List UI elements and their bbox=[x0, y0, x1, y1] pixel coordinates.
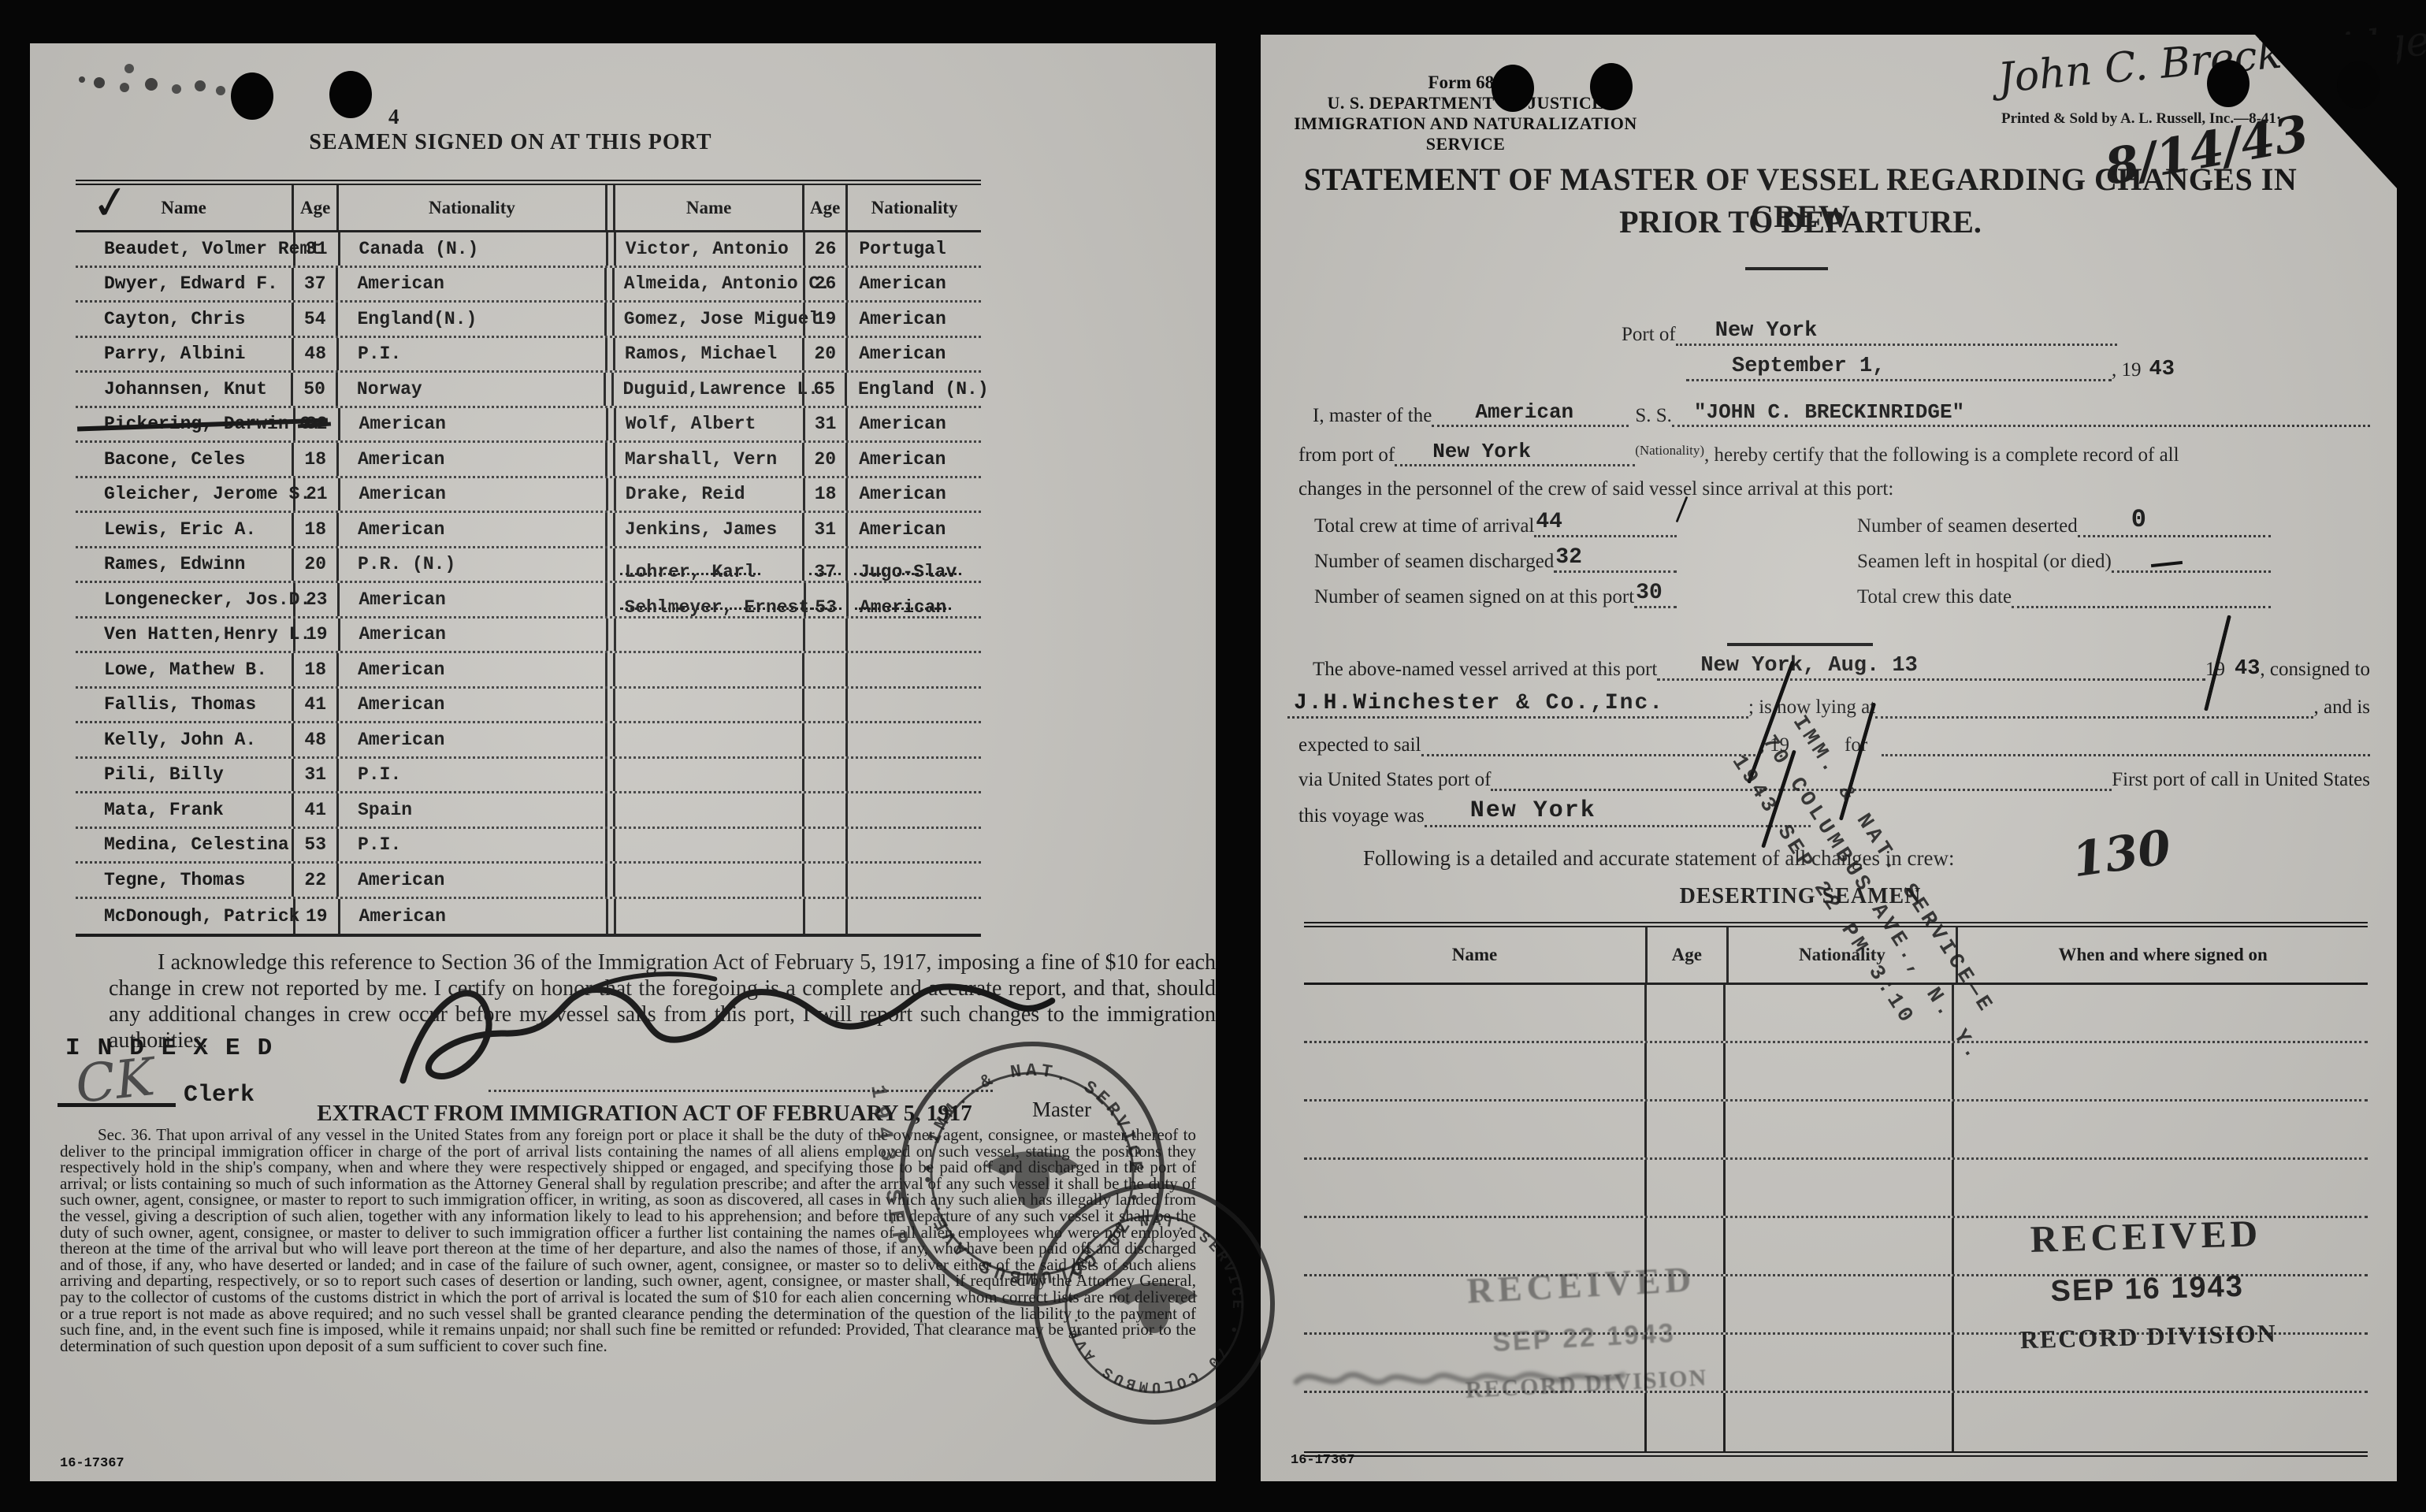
table-cell: P.I. bbox=[339, 829, 607, 862]
punch-hole bbox=[329, 71, 372, 118]
table-cell bbox=[1726, 1101, 1954, 1157]
cell-value: Medina, Celestina bbox=[104, 834, 289, 855]
table-cell: American bbox=[848, 478, 981, 511]
cell-value: American bbox=[358, 519, 444, 540]
table-cell: 18 bbox=[294, 653, 339, 686]
table-row: Lewis, Eric A.18AmericanJenkins, James31… bbox=[76, 513, 981, 548]
cell-value: 48 bbox=[304, 730, 326, 750]
table-cell bbox=[1726, 1393, 1954, 1451]
table-row: Dwyer, Edward F.37AmericanAlmeida, Anton… bbox=[76, 268, 981, 303]
table-row bbox=[1304, 1160, 2368, 1218]
first-port-note: First port of call in United States bbox=[2112, 769, 2370, 791]
cell-value: 41 bbox=[304, 694, 326, 715]
table-cell bbox=[613, 759, 802, 792]
table-row bbox=[1304, 1101, 2368, 1160]
table-cell: Bacone, Celes bbox=[76, 443, 294, 476]
cell-value: American bbox=[859, 309, 946, 329]
table-cell: 20 bbox=[802, 338, 848, 371]
table-cell: P.I. bbox=[339, 759, 607, 792]
table-row: Fallis, Thomas41American bbox=[76, 689, 981, 724]
table-cell: England (N.) bbox=[847, 373, 981, 406]
table-cell: American bbox=[848, 513, 981, 546]
table-cell: American bbox=[848, 408, 981, 441]
table-cell: 18 bbox=[803, 478, 849, 511]
cell-value: American bbox=[859, 414, 946, 434]
table-cell: 23 bbox=[295, 583, 340, 616]
table-cell: 31 bbox=[803, 408, 849, 441]
cell-value: 20 bbox=[304, 554, 326, 574]
cell-value: 32 bbox=[306, 414, 328, 434]
stat-deserted: Number of seamen deserted 0 bbox=[1857, 514, 2271, 537]
arrived-post: , consigned to bbox=[2260, 659, 2370, 681]
deserted-label: Number of seamen deserted bbox=[1857, 515, 2078, 537]
table-cell: Wolf, Albert bbox=[614, 408, 803, 441]
total-label: Total crew this date bbox=[1857, 586, 2012, 608]
year-typed: 43 bbox=[2149, 358, 2175, 381]
cell-value: 18 bbox=[304, 519, 326, 540]
cell-value: American bbox=[860, 597, 946, 618]
changes-text: changes in the personnel of the crew of … bbox=[1298, 478, 1893, 500]
table-cell: 31 bbox=[294, 759, 339, 792]
table-cell: 19 bbox=[295, 619, 340, 652]
cell-value: Dwyer, Edward F. bbox=[104, 273, 278, 294]
deserted-field: 0 bbox=[2078, 514, 2271, 537]
table-row bbox=[1304, 985, 2368, 1043]
table-cell bbox=[614, 899, 803, 934]
table-cell: Gleicher, Jerome S. bbox=[76, 478, 295, 511]
table-cell: American bbox=[340, 408, 608, 441]
table-cell: 48 bbox=[294, 338, 339, 371]
page-title: SEAMEN SIGNED ON AT THIS PORT bbox=[266, 130, 755, 155]
table-cell: Johannsen, Knut bbox=[76, 373, 293, 406]
fromport-label: from port of bbox=[1298, 444, 1395, 466]
cell-value: Lowe, Mathew B. bbox=[104, 659, 267, 680]
table-cell bbox=[613, 793, 802, 827]
table-cell bbox=[1954, 1043, 2365, 1099]
cell-value: P.I. bbox=[358, 834, 401, 855]
cell-value: Lewis, Eric A. bbox=[104, 519, 256, 540]
table-cell: Jugo-Slav bbox=[848, 548, 981, 581]
table-cell: 54 bbox=[294, 303, 339, 336]
cell-value: 26 bbox=[815, 273, 837, 294]
cell-value: 18 bbox=[304, 449, 326, 470]
table-cell bbox=[1304, 1043, 1647, 1099]
punch-hole bbox=[1492, 65, 1534, 112]
table-cell: American bbox=[339, 443, 607, 476]
received-stamp-line: SEP 16 1943 bbox=[1997, 1269, 2298, 1310]
column-header-name: Name bbox=[76, 185, 294, 230]
cell-value: Sehlmeyer, Ernest bbox=[625, 597, 810, 618]
cell-value: Ramos, Michael bbox=[625, 344, 777, 364]
stat-signed: Number of seamen signed on at this port … bbox=[1314, 585, 1677, 608]
cell-value: Wolf, Albert bbox=[626, 414, 756, 434]
date-line: September 1, , 19 43 bbox=[1686, 358, 2175, 381]
table-row: Pickering, Darwin G.32AmericanWolf, Albe… bbox=[76, 408, 981, 444]
cell-value: 26 bbox=[815, 239, 837, 259]
table-cell: P.I. bbox=[339, 338, 607, 371]
table-cell: Norway bbox=[338, 373, 606, 406]
table-cell: Lewis, Eric A. bbox=[76, 513, 294, 546]
table-cell: Duguid,Lawrence L. bbox=[611, 373, 802, 406]
cell-value: Lohrer, Karl bbox=[625, 562, 756, 582]
table-cell bbox=[1726, 1218, 1954, 1274]
cell-value: 18 bbox=[815, 484, 837, 504]
cell-value: 21 bbox=[306, 484, 328, 504]
year-printed: , 19 bbox=[2112, 359, 2142, 381]
table-row: Gleicher, Jerome S.21AmericanDrake, Reid… bbox=[76, 478, 981, 514]
table-cell: 18 bbox=[294, 513, 339, 546]
table-cell bbox=[1726, 1160, 1954, 1216]
table-cell: American bbox=[340, 583, 607, 616]
table-cell bbox=[802, 653, 848, 686]
table-cell bbox=[803, 899, 849, 934]
cell-value: Parry, Albini bbox=[104, 344, 245, 364]
hospital-field bbox=[2112, 549, 2271, 573]
table-cell: Kelly, John A. bbox=[76, 723, 294, 756]
table-cell bbox=[802, 793, 848, 827]
arrived-year-typed: 43 bbox=[2235, 657, 2260, 681]
table-cell: 26 bbox=[803, 268, 849, 301]
cell-value: 18 bbox=[304, 659, 326, 680]
ss-label: S. S. bbox=[1635, 405, 1672, 427]
table-cell: Pili, Billy bbox=[76, 759, 294, 792]
table-cell: Almeida, Antonio C. bbox=[612, 268, 803, 301]
table-cell: American bbox=[849, 583, 981, 616]
table-cell: American bbox=[848, 268, 981, 301]
table-cell: American bbox=[340, 899, 608, 934]
table-cell bbox=[848, 864, 981, 897]
table-row: Tegne, Thomas22American bbox=[76, 864, 981, 899]
port-line: Port of New York bbox=[1622, 322, 2117, 346]
cell-value: American bbox=[859, 519, 946, 540]
cell-value: 65 bbox=[813, 379, 835, 399]
cell-value: 23 bbox=[306, 589, 328, 610]
arrival-field: 44 bbox=[1534, 514, 1677, 537]
received-stamp-dark: RECEIVED SEP 16 1943 RECORD DIVISION bbox=[1996, 1211, 2298, 1355]
form-number: 16-17367 bbox=[60, 1456, 124, 1471]
cell-value: Portugal bbox=[859, 239, 946, 259]
cell-value: American bbox=[359, 484, 446, 504]
table-cell bbox=[848, 723, 981, 756]
table-cell: Ramos, Michael bbox=[613, 338, 802, 371]
table-cell: American bbox=[340, 478, 608, 511]
cell-value: Tegne, Thomas bbox=[104, 870, 245, 890]
table-cell: 19 bbox=[295, 899, 340, 934]
cell-value: Fallis, Thomas bbox=[104, 694, 256, 715]
cell-value: American bbox=[859, 449, 946, 470]
table-cell bbox=[613, 864, 802, 897]
seamen-table-header: Name Age Nationality Name Age Nationalit… bbox=[76, 185, 981, 232]
table-cell bbox=[802, 864, 848, 897]
nationality-field: American bbox=[1432, 403, 1629, 427]
table-cell bbox=[848, 689, 981, 722]
table-cell: American bbox=[339, 723, 607, 756]
column-header-age: Age bbox=[1648, 927, 1729, 983]
table-cell bbox=[848, 653, 981, 686]
title-rule bbox=[1745, 267, 1828, 270]
stat-discharged: Number of seamen discharged 32 bbox=[1314, 549, 1677, 573]
table-cell: 19 bbox=[803, 303, 849, 336]
hospital-label: Seamen left in hospital (or died) bbox=[1857, 551, 2112, 573]
column-header-nationality: Nationality bbox=[339, 185, 607, 230]
cell-value: American bbox=[358, 659, 444, 680]
cell-value: American bbox=[859, 344, 946, 364]
table-cell: Medina, Celestina bbox=[76, 829, 294, 862]
port-label: Port of bbox=[1622, 324, 1676, 346]
table-cell: England(N.) bbox=[338, 303, 606, 336]
table-cell bbox=[613, 829, 802, 862]
column-header-signed-on: When and where signed on bbox=[1958, 927, 2368, 983]
table-cell: Cayton, Chris bbox=[76, 303, 294, 336]
table-row: Medina, Celestina53P.I. bbox=[76, 829, 981, 864]
table-cell: 65 bbox=[802, 373, 847, 406]
table-cell bbox=[1647, 985, 1726, 1041]
discharged-label: Number of seamen discharged bbox=[1314, 551, 1554, 573]
table-cell: Tegne, Thomas bbox=[76, 864, 294, 897]
cell-value: P.I. bbox=[358, 764, 401, 785]
cell-value: Beaudet, Volmer Remt bbox=[104, 239, 321, 259]
arrived-underline bbox=[1727, 643, 1873, 646]
table-cell bbox=[1647, 1393, 1726, 1451]
table-cell: American bbox=[338, 268, 606, 301]
signed-label: Number of seamen signed on at this port bbox=[1314, 586, 1634, 608]
table-cell bbox=[1954, 1101, 2365, 1157]
table-cell: American bbox=[339, 689, 607, 722]
table-cell: 41 bbox=[294, 793, 339, 827]
cell-value: 53 bbox=[304, 834, 326, 855]
column-header-age: Age bbox=[294, 185, 339, 230]
sail-dest-field bbox=[1882, 733, 2370, 756]
cell-value: 50 bbox=[303, 379, 325, 399]
table-cell: 20 bbox=[802, 443, 848, 476]
table-cell: 22 bbox=[294, 864, 339, 897]
table-cell: 37 bbox=[802, 548, 848, 581]
table-row: Beaudet, Volmer Remt31Canada (N.)Victor,… bbox=[76, 232, 981, 268]
cell-value: American bbox=[358, 449, 444, 470]
cell-value: Jenkins, James bbox=[625, 519, 777, 540]
via-label: via United States port of bbox=[1298, 769, 1491, 791]
table-cell: American bbox=[339, 864, 607, 897]
table-row: Ven Hatten,Henry L.19American bbox=[76, 619, 981, 654]
cell-value: Marshall, Vern bbox=[625, 449, 777, 470]
nationality-note: (Nationality) bbox=[1635, 443, 1704, 459]
table-cell bbox=[802, 829, 848, 862]
master-line: I, master of the American S. S. "JOHN C.… bbox=[1313, 403, 2370, 427]
cell-value: Victor, Antonio bbox=[626, 239, 789, 259]
cell-value: 19 bbox=[815, 309, 837, 329]
table-cell bbox=[1954, 1393, 2365, 1451]
table-cell: American bbox=[848, 443, 981, 476]
fromport-field: New York bbox=[1395, 443, 1635, 466]
punch-hole bbox=[2207, 60, 2250, 107]
column-header-name: Name bbox=[613, 185, 803, 230]
table-cell bbox=[1954, 1160, 2365, 1216]
table-cell bbox=[1304, 985, 1647, 1041]
table-row: Kelly, John A.48American bbox=[76, 723, 981, 759]
punch-hole bbox=[1590, 63, 1633, 110]
table-cell: 50 bbox=[293, 373, 337, 406]
table-cell: Sehlmeyer, Ernest bbox=[613, 583, 804, 616]
table-cell bbox=[803, 619, 849, 652]
table-cell: Fallis, Thomas bbox=[76, 689, 294, 722]
certify-text: , hereby certify that the following is a… bbox=[1704, 444, 2179, 466]
cell-value: 20 bbox=[814, 449, 836, 470]
cell-value: American bbox=[358, 870, 444, 890]
table-cell: American bbox=[339, 653, 607, 686]
consignee-field: J.H.Winchester & Co.,Inc. bbox=[1287, 695, 1748, 719]
table-cell: 31 bbox=[295, 232, 340, 266]
cell-value: Norway bbox=[357, 379, 422, 399]
cell-value: American bbox=[859, 484, 946, 504]
page-number: 4 bbox=[388, 105, 399, 129]
table-cell: Dwyer, Edward F. bbox=[76, 268, 294, 301]
cell-value: Johannsen, Knut bbox=[104, 379, 267, 399]
cell-value: American bbox=[359, 906, 446, 927]
table-cell: American bbox=[339, 513, 607, 546]
table-cell: Pickering, Darwin G. bbox=[76, 408, 295, 441]
table-row: Mata, Frank41Spain bbox=[76, 793, 981, 829]
table-row: Rames, Edwinn20P.R. (N.)Lohrer, Karl37Ju… bbox=[76, 548, 981, 584]
stat-hospital: Seamen left in hospital (or died) bbox=[1857, 549, 2271, 573]
cell-value: England (N.) bbox=[858, 379, 989, 399]
cell-value: Ven Hatten,Henry L. bbox=[104, 624, 310, 645]
cell-value: American bbox=[359, 414, 446, 434]
punch-hole bbox=[231, 72, 273, 120]
cell-value: Rames, Edwinn bbox=[104, 554, 245, 574]
table-row: Parry, Albini48P.I.Ramos, Michael20Ameri… bbox=[76, 338, 981, 373]
total-field bbox=[2012, 585, 2271, 608]
cell-value: 31 bbox=[304, 764, 326, 785]
table-cell: 21 bbox=[295, 478, 340, 511]
cell-value: Cayton, Chris bbox=[104, 309, 245, 329]
table-cell bbox=[613, 723, 802, 756]
cell-value: P.I. bbox=[358, 344, 401, 364]
table-cell: 32 bbox=[295, 408, 340, 441]
cell-value: Canada (N.) bbox=[359, 239, 479, 259]
table-cell: Lohrer, Karl bbox=[613, 548, 802, 581]
cell-value: Jugo-Slav bbox=[859, 562, 957, 582]
cell-value: 37 bbox=[304, 273, 326, 294]
table-cell bbox=[848, 759, 981, 792]
table-cell: Longenecker, Jos.D. bbox=[76, 583, 295, 616]
table-cell: Lowe, Mathew B. bbox=[76, 653, 294, 686]
table-cell: Beaudet, Volmer Remt bbox=[76, 232, 295, 266]
fromport-line: from port of New York (Nationality) , he… bbox=[1298, 443, 2370, 466]
lying-field bbox=[1875, 695, 2313, 719]
cell-value: 37 bbox=[814, 562, 836, 582]
scanned-document: 4 SEAMEN SIGNED ON AT THIS PORT ✓ Name A… bbox=[0, 0, 2426, 1512]
cell-value: Pickering, Darwin G. bbox=[104, 414, 321, 434]
table-cell: American bbox=[848, 303, 981, 336]
table-cell: 18 bbox=[294, 443, 339, 476]
cell-value: American bbox=[358, 694, 444, 715]
table-cell: Drake, Reid bbox=[614, 478, 803, 511]
cell-value: Bacone, Celes bbox=[104, 449, 245, 470]
seamen-signed-table: Name Age Nationality Name Age Nationalit… bbox=[76, 180, 981, 937]
erased-scrawl bbox=[1292, 1354, 1631, 1402]
table-cell: Jenkins, James bbox=[613, 513, 802, 546]
table-cell bbox=[848, 793, 981, 827]
sail-date-field bbox=[1421, 733, 1760, 756]
cell-value: American bbox=[357, 273, 444, 294]
table-cell bbox=[1304, 1101, 1647, 1157]
cell-value: 31 bbox=[306, 239, 328, 259]
voyage-line: this voyage was New York bbox=[1298, 804, 1811, 827]
cell-value: 41 bbox=[304, 800, 326, 820]
table-cell: 41 bbox=[294, 689, 339, 722]
cell-value: 54 bbox=[304, 309, 326, 329]
stat-total: Total crew this date bbox=[1857, 585, 2271, 608]
table-cell bbox=[1647, 1101, 1726, 1157]
table-cell: 20 bbox=[294, 548, 339, 581]
cell-value: American bbox=[859, 273, 946, 294]
table-cell: Rames, Edwinn bbox=[76, 548, 294, 581]
table-cell: Marshall, Vern bbox=[613, 443, 802, 476]
table-cell bbox=[802, 759, 848, 792]
cell-value: Almeida, Antonio C. bbox=[624, 273, 830, 294]
signed-field: 30 bbox=[1634, 585, 1677, 608]
column-header-name: Name bbox=[1304, 927, 1648, 983]
arrived-pre: The above-named vessel arrived at this p… bbox=[1313, 659, 1657, 681]
cell-value: 22 bbox=[304, 870, 326, 890]
vessel-field: "JOHN C. BRECKINRIDGE" bbox=[1672, 403, 2370, 427]
punch-hole bbox=[2337, 61, 2380, 109]
cell-value: American bbox=[358, 730, 444, 750]
stat-arrival: Total crew at time of arrival 44 bbox=[1314, 514, 1677, 537]
table-cell: American bbox=[340, 619, 608, 652]
cell-value: Kelly, John A. bbox=[104, 730, 256, 750]
table-cell bbox=[613, 653, 802, 686]
cell-value: 31 bbox=[815, 414, 837, 434]
table-cell: P.R. (N.) bbox=[339, 548, 607, 581]
cell-value: 19 bbox=[306, 906, 328, 927]
document-title-line2: PRIOR TO DEPARTURE. bbox=[1276, 203, 2324, 240]
cell-value: McDonough, Patrick bbox=[104, 906, 299, 927]
table-cell bbox=[613, 689, 802, 722]
cell-value: American bbox=[359, 624, 446, 645]
table-cell: McDonough, Patrick bbox=[76, 899, 295, 934]
table-cell: Spain bbox=[339, 793, 607, 827]
table-cell: Parry, Albini bbox=[76, 338, 294, 371]
table-cell bbox=[1647, 1043, 1726, 1099]
table-row: Bacone, Celes18AmericanMarshall, Vern20A… bbox=[76, 443, 981, 478]
table-cell bbox=[614, 619, 803, 652]
table-cell: Victor, Antonio bbox=[614, 232, 803, 266]
table-row: Longenecker, Jos.D.23AmericanSehlmeyer, … bbox=[76, 583, 981, 619]
table-cell: 48 bbox=[294, 723, 339, 756]
table-row bbox=[1304, 1043, 2368, 1101]
arrived-field: New York, Aug. 13 bbox=[1657, 657, 2205, 681]
ink-smudge bbox=[79, 76, 85, 83]
table-cell bbox=[848, 829, 981, 862]
cell-value: Longenecker, Jos.D. bbox=[104, 589, 310, 610]
cell-value: 19 bbox=[306, 624, 328, 645]
cell-value: Duguid,Lawrence L. bbox=[623, 379, 819, 399]
table-row: Cayton, Chris54England(N.)Gomez, Jose Mi… bbox=[76, 303, 981, 338]
date-field: September 1, bbox=[1686, 358, 2112, 381]
table-cell: Canada (N.) bbox=[340, 232, 608, 266]
clerk-signature-line bbox=[58, 1103, 176, 1107]
port-field: New York bbox=[1676, 322, 2117, 346]
cell-value: Gleicher, Jerome S. bbox=[104, 484, 310, 504]
table-row: McDonough, Patrick19American bbox=[76, 899, 981, 934]
table-cell: American bbox=[848, 338, 981, 371]
table-cell: Portugal bbox=[848, 232, 981, 266]
cell-value: 48 bbox=[304, 344, 326, 364]
cell-value: P.R. (N.) bbox=[358, 554, 455, 574]
discharged-field: 32 bbox=[1554, 549, 1677, 573]
received-stamp-line: RECEIVED bbox=[1996, 1211, 2296, 1262]
